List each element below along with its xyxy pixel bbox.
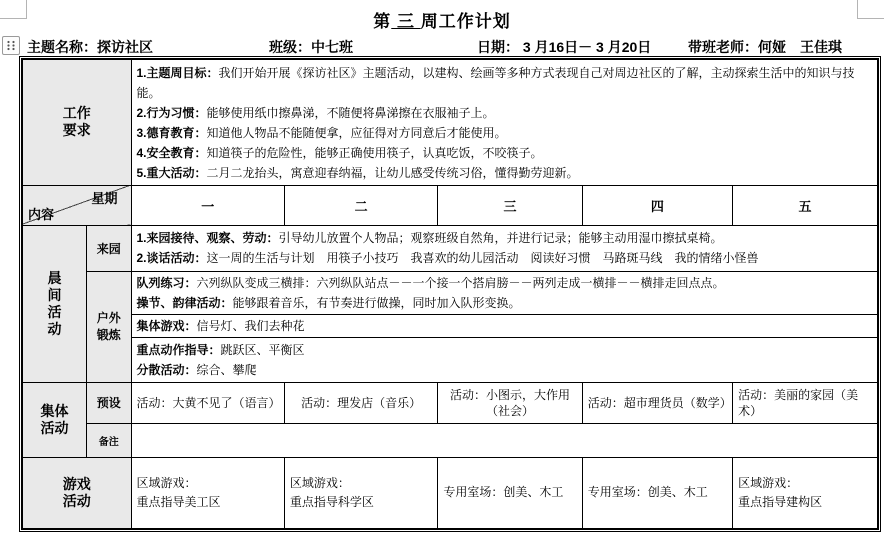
work-item-label: 5.重大活动： — [137, 166, 207, 180]
note-cell[interactable] — [131, 423, 878, 457]
preset-cell-mon[interactable]: 活动：大黄不见了（语言） — [131, 382, 284, 423]
arrival-item-text: 这一周的生活与计划 用筷子小技巧 我喜欢的幼儿园活动 阅读好习惯 马路斑马线 我… — [207, 251, 759, 265]
date-range: 日期： 3 月16日－ 3 月20日 — [477, 37, 651, 57]
work-item-text: 知道他人物品不能随便拿，应征得对方同意后才能使用。 — [207, 126, 507, 140]
game-cell-line: 重点指导科学区 — [290, 493, 432, 512]
game-label-line1: 游戏 — [25, 476, 129, 493]
day-header-thu[interactable]: 四 — [582, 185, 732, 225]
work-item-text: 知道筷子的危险性，能够正确使用筷子，认真吃饭，不咬筷子。 — [207, 146, 543, 160]
outdoor-exercise-label[interactable]: 户外锻炼 — [87, 271, 131, 382]
work-item: 2.行为习惯：能够使用纸巾擦鼻涕，不随便将鼻涕擦在衣服袖子上。 — [137, 103, 873, 123]
game-cell-line: 区域游戏： — [137, 474, 279, 493]
title-week-number: 三 — [391, 12, 420, 31]
game-cell-line: 区域游戏： — [290, 474, 432, 493]
document-page: 第 三 周工作计划 主题名称：探访社区 班级：中七班 日期： 3 月16日－ 3… — [0, 0, 884, 543]
group-game-text: 信号灯、我们去种花 — [197, 319, 305, 333]
arrival-cell[interactable]: 1.来园接待、观察、劳动：引导幼儿放置个人物品；观察班级自然角，并进行记录；能够… — [131, 225, 878, 271]
plan-table: 工作要求 1.主题周目标：我们开始开展《探访社区》主题活动，以建构、绘画等多种方… — [19, 56, 881, 532]
arrival-item: 1.来园接待、观察、劳动：引导幼儿放置个人物品；观察班级自然角，并进行记录；能够… — [137, 228, 873, 248]
preset-cell-tue[interactable]: 活动：理发店（音乐） — [284, 382, 437, 423]
guidance-item-text: 综合、攀爬 — [197, 363, 257, 377]
guidance-item-label: 重点动作指导： — [137, 343, 221, 357]
title-prefix: 第 — [373, 12, 391, 31]
morning-label-char: 晨 — [25, 270, 84, 287]
work-label-line1: 工作 — [25, 105, 129, 122]
morning-activity-label[interactable]: 晨 间 活 动 — [22, 225, 87, 382]
game-cell-line: 区域游戏： — [738, 474, 872, 493]
work-item: 1.主题周目标：我们开始开展《探访社区》主题活动，以建构、绘画等多种方式表现自己… — [137, 63, 873, 103]
drill-item-label: 队列练习： — [137, 276, 197, 290]
work-label-line2: 要求 — [25, 122, 129, 139]
morning-label-char: 活 — [25, 304, 84, 321]
game-cell-line: 重点指导建构区 — [738, 493, 872, 512]
group-game-item: 集体游戏：信号灯、我们去种花 — [137, 317, 873, 334]
drill-cell[interactable]: 队列练习：六列纵队变成三横排：六列纵队站点－－一个接一个搭肩膀－－两列走成一横排… — [131, 271, 878, 314]
teachers: 带班老师：何娅 王佳琪 — [688, 37, 842, 57]
arrival-item: 2.谈话活动：这一周的生活与计划 用筷子小技巧 我喜欢的幼儿园活动 阅读好习惯 … — [137, 248, 873, 268]
class-name: 班级：中七班 — [269, 37, 353, 57]
arrival-item-text: 引导幼儿放置个人物品；观察班级自然角，并进行记录；能够主动用湿巾擦拭桌椅。 — [279, 231, 723, 245]
work-item-text: 我们开始开展《探访社区》主题活动，以建构、绘画等多种方式表现自己对周边社区的了解… — [137, 66, 855, 100]
preset-label[interactable]: 预设 — [87, 382, 131, 423]
day-header-wed[interactable]: 三 — [438, 185, 582, 225]
group-label-line1: 集体 — [25, 403, 84, 420]
week-content-diagonal-cell[interactable]: 星期 内容 — [22, 185, 131, 225]
work-item-text: 能够使用纸巾擦鼻涕，不随便将鼻涕擦在衣服袖子上。 — [207, 106, 495, 120]
outdoor-label-line2: 锻炼 — [89, 327, 128, 344]
game-cell-line: 专用室场：创美、木工 — [588, 483, 727, 502]
game-label-line2: 活动 — [25, 493, 129, 510]
guidance-item-text: 跳跃区、平衡区 — [221, 343, 305, 357]
guidance-item: 分散活动：综合、攀爬 — [137, 360, 873, 380]
day-header-mon[interactable]: 一 — [131, 185, 284, 225]
week-label: 星期 — [91, 188, 117, 207]
theme-name: 主题名称：探访社区 — [27, 37, 153, 57]
work-item-text: 二月二龙抬头，寓意迎春纳福，让幼儿感受传统习俗，懂得勤劳迎新。 — [207, 166, 579, 180]
game-cell-fri[interactable]: 区域游戏： 重点指导建构区 — [733, 457, 878, 529]
info-row: 主题名称：探访社区 班级：中七班 日期： 3 月16日－ 3 月20日 带班老师… — [0, 37, 884, 55]
preset-cell-thu[interactable]: 活动：超市理货员（数学） — [582, 382, 732, 423]
key-guidance-cell[interactable]: 重点动作指导：跳跃区、平衡区 分散活动：综合、攀爬 — [131, 337, 878, 382]
work-item: 4.安全教育：知道筷子的危险性，能够正确使用筷子，认真吃饭，不咬筷子。 — [137, 143, 873, 163]
game-cell-line: 专用室场：创美、木工 — [443, 483, 576, 502]
group-activity-label[interactable]: 集体活动 — [22, 382, 87, 457]
drill-item: 操节、韵律活动：能够跟着音乐，有节奏进行做操，同时加入队形变换。 — [137, 293, 873, 313]
work-item: 5.重大活动：二月二龙抬头，寓意迎春纳福，让幼儿感受传统习俗，懂得勤劳迎新。 — [137, 163, 873, 183]
work-item-label: 3.德育教育： — [137, 126, 207, 140]
page-title: 第 三 周工作计划 — [0, 7, 884, 32]
arrival-item-label: 1.来园接待、观察、劳动： — [137, 231, 279, 245]
game-cell-thu[interactable]: 专用室场：创美、木工 — [582, 457, 732, 529]
note-label[interactable]: 备注 — [87, 423, 131, 457]
drill-item-text: 能够跟着音乐，有节奏进行做操，同时加入队形变换。 — [233, 296, 521, 310]
preset-cell-fri[interactable]: 活动：美丽的家园（美术） — [733, 382, 878, 423]
group-game-cell[interactable]: 集体游戏：信号灯、我们去种花 — [131, 314, 878, 337]
guidance-item: 重点动作指导：跳跃区、平衡区 — [137, 340, 873, 360]
guidance-item-label: 分散活动： — [137, 363, 197, 377]
day-header-tue[interactable]: 二 — [284, 185, 437, 225]
outdoor-label-line1: 户外 — [89, 310, 128, 327]
game-cell-wed[interactable]: 专用室场：创美、木工 — [438, 457, 582, 529]
title-suffix: 周工作计划 — [421, 12, 511, 31]
preset-cell-wed[interactable]: 活动：小图示，大作用（社会） — [438, 382, 582, 423]
work-item-label: 1.主题周目标： — [137, 66, 219, 80]
work-item-label: 4.安全教育： — [137, 146, 207, 160]
arrival-label[interactable]: 来园 — [87, 225, 131, 271]
game-cell-line: 重点指导美工区 — [137, 493, 279, 512]
work-requirements-cell[interactable]: 1.主题周目标：我们开始开展《探访社区》主题活动，以建构、绘画等多种方式表现自己… — [131, 59, 878, 185]
day-header-fri[interactable]: 五 — [733, 185, 878, 225]
morning-label-char: 动 — [25, 321, 84, 338]
work-requirements-label[interactable]: 工作要求 — [22, 59, 131, 185]
work-item-label: 2.行为习惯： — [137, 106, 207, 120]
content-label: 内容 — [28, 204, 54, 223]
drill-item-label: 操节、韵律活动： — [137, 296, 233, 310]
arrival-item-label: 2.谈话活动： — [137, 251, 207, 265]
work-item: 3.德育教育：知道他人物品不能随便拿，应征得对方同意后才能使用。 — [137, 123, 873, 143]
game-activity-label[interactable]: 游戏活动 — [22, 457, 131, 529]
game-cell-tue[interactable]: 区域游戏： 重点指导科学区 — [284, 457, 437, 529]
game-cell-mon[interactable]: 区域游戏： 重点指导美工区 — [131, 457, 284, 529]
group-game-label: 集体游戏： — [137, 319, 197, 333]
drill-item: 队列练习：六列纵队变成三横排：六列纵队站点－－一个接一个搭肩膀－－两列走成一横排… — [137, 273, 873, 293]
drill-item-text: 六列纵队变成三横排：六列纵队站点－－一个接一个搭肩膀－－两列走成一横排－－横排走… — [197, 276, 725, 290]
group-label-line2: 活动 — [25, 420, 84, 437]
morning-label-char: 间 — [25, 287, 84, 304]
